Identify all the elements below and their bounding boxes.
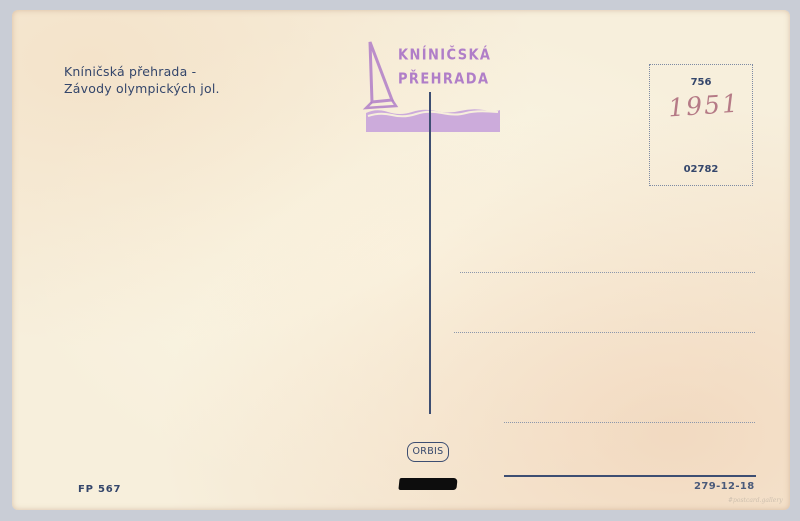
waves-icon xyxy=(366,108,500,132)
fp-code: FP 567 xyxy=(78,484,121,495)
postage-stamp-box: 756 1951 02782 xyxy=(649,64,753,186)
vertical-divider xyxy=(429,92,431,414)
address-line-1 xyxy=(460,272,755,273)
caption: Kníničská přehrada - Závody olympických … xyxy=(64,63,220,97)
stamp-line-2: PŘEHRADA xyxy=(398,71,489,88)
print-code: 279-12-18 xyxy=(694,481,755,492)
stamp-box-number: 756 xyxy=(650,77,752,88)
watermark: #postcard.gallery xyxy=(728,497,783,504)
location-stamp: KNÍNIČSKÁ PŘEHRADA xyxy=(362,38,502,134)
address-line-2 xyxy=(454,332,755,333)
address-line-3 xyxy=(504,422,755,423)
stamp-box-serial: 02782 xyxy=(650,164,752,175)
caption-line-1: Kníničská přehrada - xyxy=(64,63,220,80)
caption-line-2: Závody olympických jol. xyxy=(64,80,220,97)
address-line-4 xyxy=(504,475,756,477)
stamp-line-1: KNÍNIČSKÁ xyxy=(398,47,491,64)
postcard-back: Kníničská přehrada - Závody olympických … xyxy=(12,10,790,510)
redaction-mark xyxy=(398,478,457,490)
handwritten-year: 1951 xyxy=(655,88,753,124)
publisher-logo: ORBIS xyxy=(407,442,449,462)
sailboat-icon xyxy=(362,38,402,116)
